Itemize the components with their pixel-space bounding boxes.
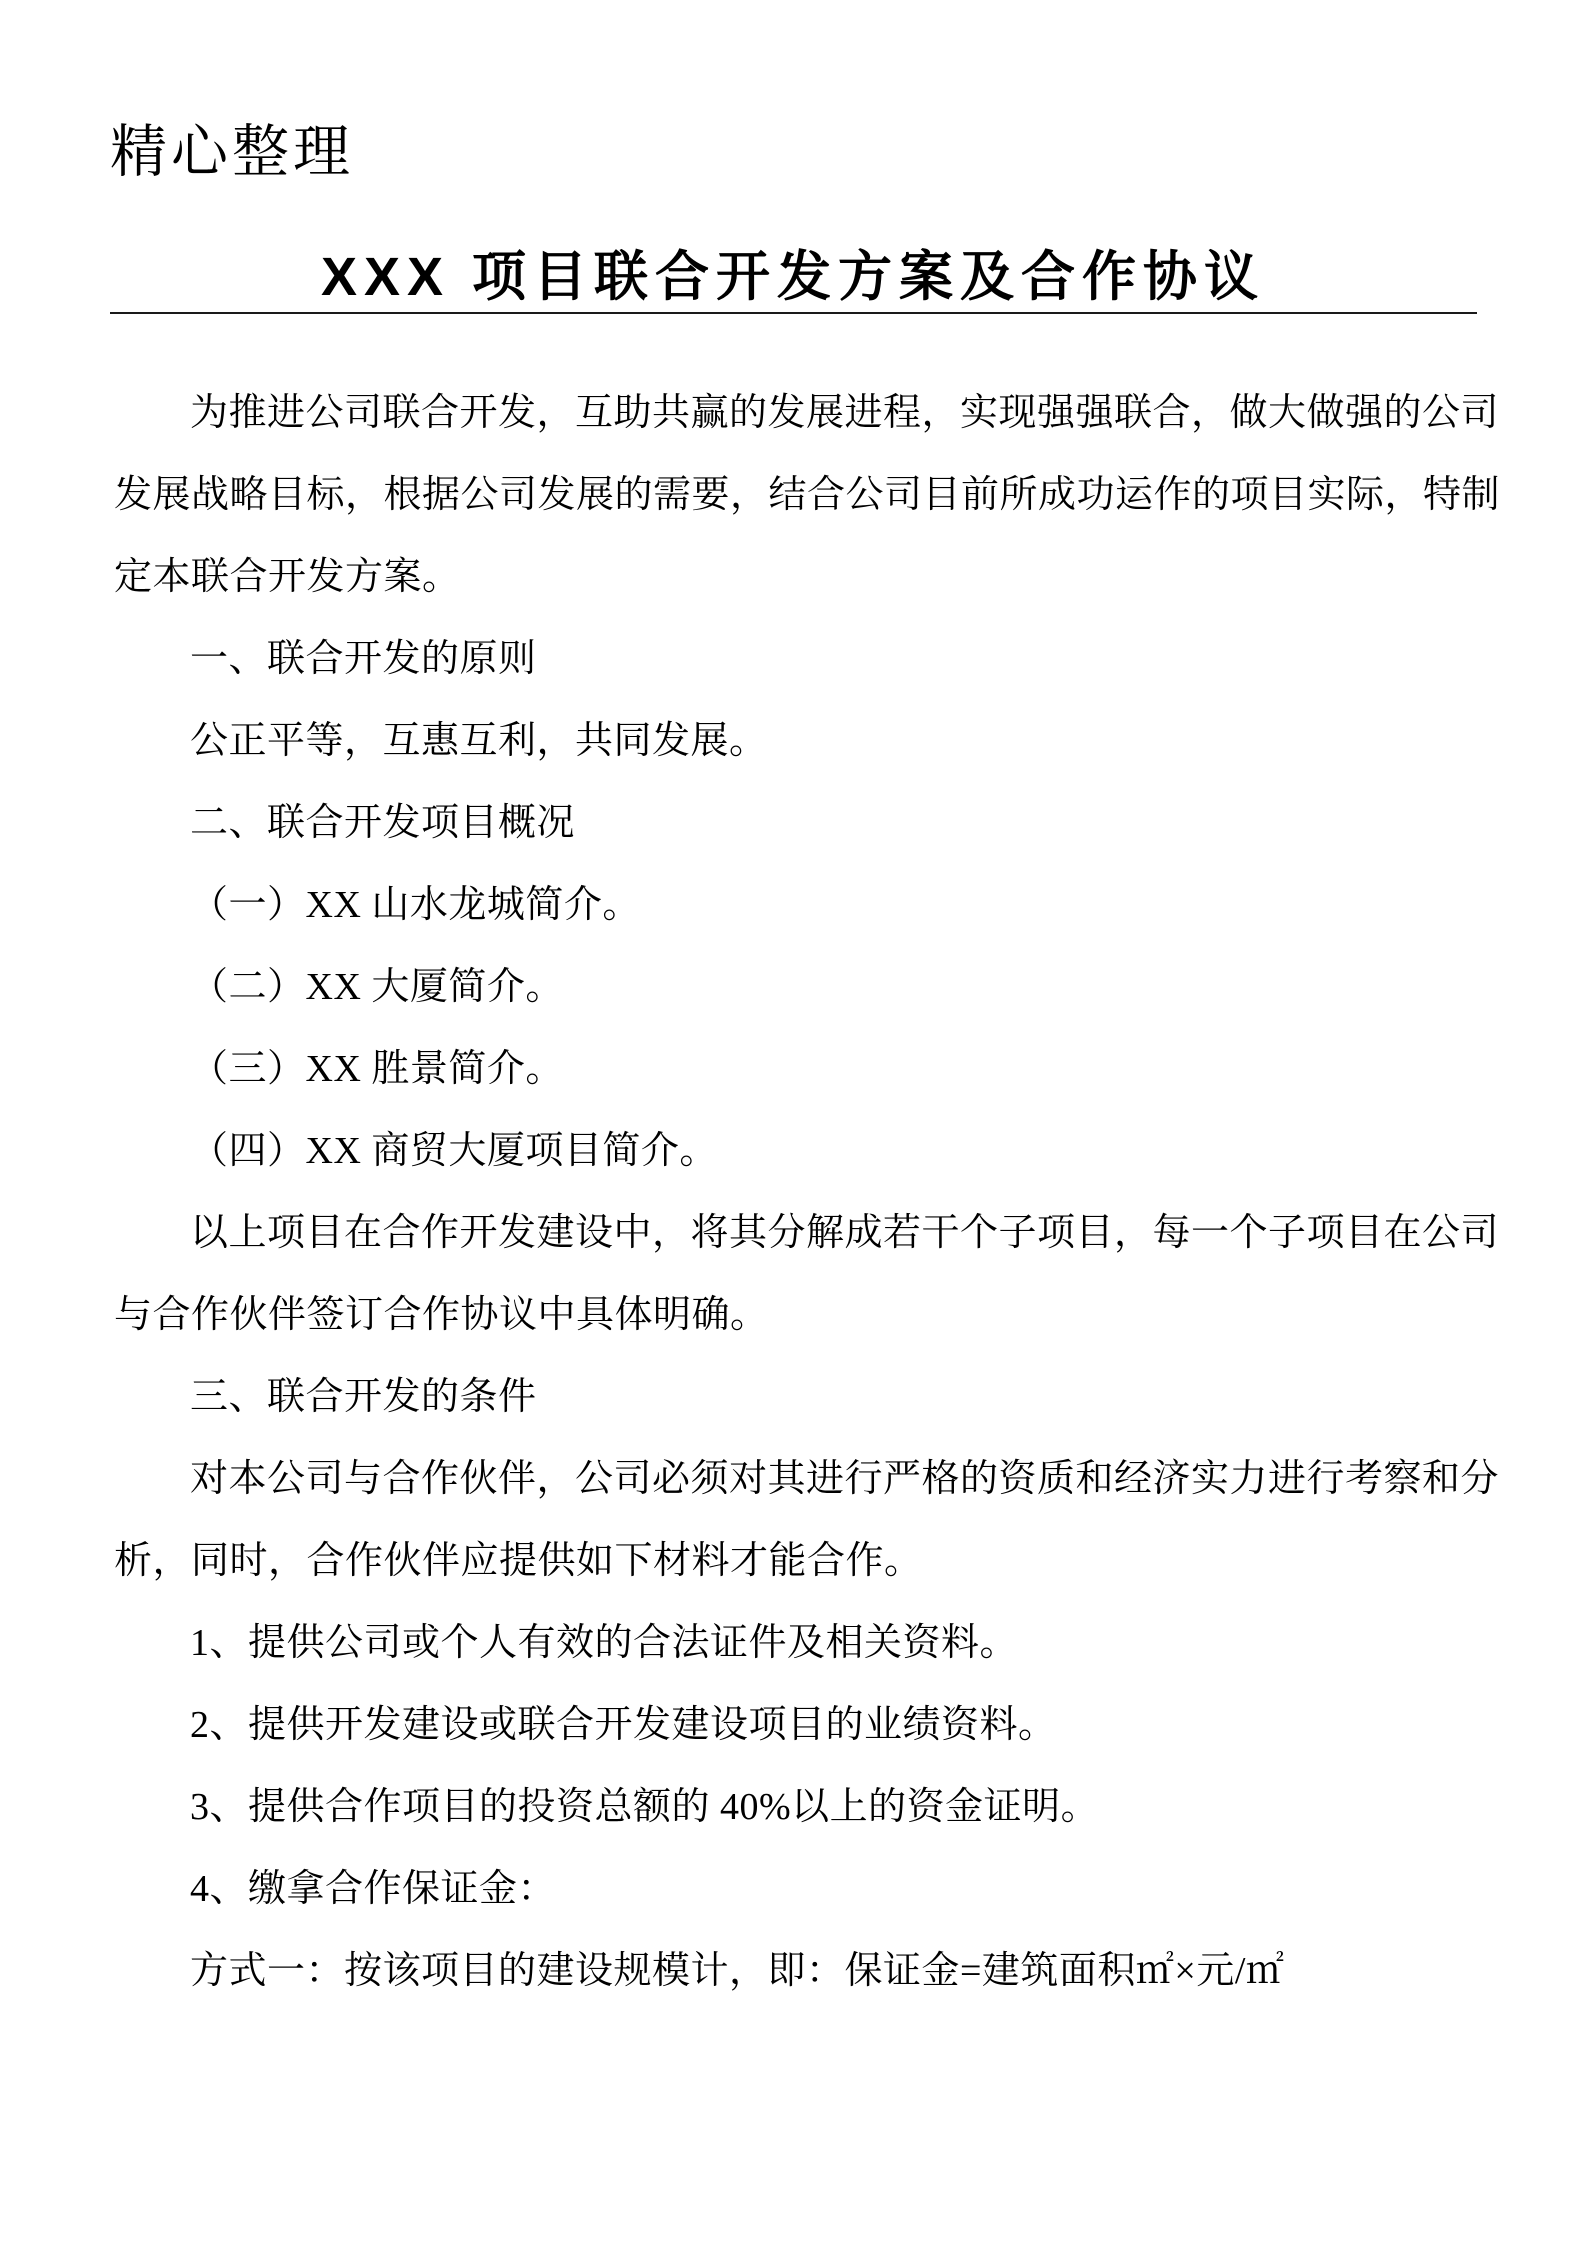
text-line: 公正平等，互惠互利，共同发展。 [114, 700, 1480, 782]
text-line: 一、联合开发的原则 [114, 618, 1480, 700]
text-line: （二）XX 大厦简介。 [114, 946, 1480, 1028]
text-line: 与合作伙伴签订合作协议中具体明确。 [114, 1274, 1480, 1356]
text-line: 三、联合开发的条件 [114, 1356, 1480, 1438]
text-line: 发展战略目标，根据公司发展的需要，结合公司目前所成功运作的项目实际，特制 [114, 454, 1480, 536]
text-line: （一）XX 山水龙城简介。 [114, 864, 1480, 946]
text-line: 为推进公司联合开发，互助共赢的发展进程，实现强强联合，做大做强的公司 [114, 372, 1480, 454]
text-line: 1、提供公司或个人有效的合法证件及相关资料。 [114, 1602, 1480, 1684]
text-line: 4、缴拿合作保证金： [114, 1848, 1480, 1930]
text-line: 2、提供开发建设或联合开发建设项目的业绩资料。 [114, 1684, 1480, 1766]
watermark-header: 精心整理 [110, 106, 354, 188]
document-page: 精心整理 XXX 项目联合开发方案及合作协议 为推进公司联合开发，互助共赢的发展… [0, 0, 1586, 2244]
text-line: 二、联合开发项目概况 [114, 782, 1480, 864]
title-underline [110, 312, 1477, 314]
text-line: 3、提供合作项目的投资总额的 40%以上的资金证明。 [114, 1766, 1480, 1848]
text-line: （四）XX 商贸大厦项目简介。 [114, 1110, 1480, 1192]
text-line: 析，同时，合作伙伴应提供如下材料才能合作。 [114, 1520, 1480, 1602]
text-line: 定本联合开发方案。 [114, 536, 1480, 618]
document-body: 为推进公司联合开发，互助共赢的发展进程，实现强强联合，做大做强的公司发展战略目标… [114, 372, 1480, 2012]
text-line: 方式一：按该项目的建设规模计，即：保证金=建筑面积㎡×元/㎡ [114, 1930, 1480, 2012]
text-line: 对本公司与合作伙伴，公司必须对其进行严格的资质和经济实力进行考察和分 [114, 1438, 1480, 1520]
text-line: 以上项目在合作开发建设中，将其分解成若干个子项目，每一个子项目在公司 [114, 1192, 1480, 1274]
document-title: XXX 项目联合开发方案及合作协议 [0, 234, 1586, 311]
text-line: （三）XX 胜景简介。 [114, 1028, 1480, 1110]
